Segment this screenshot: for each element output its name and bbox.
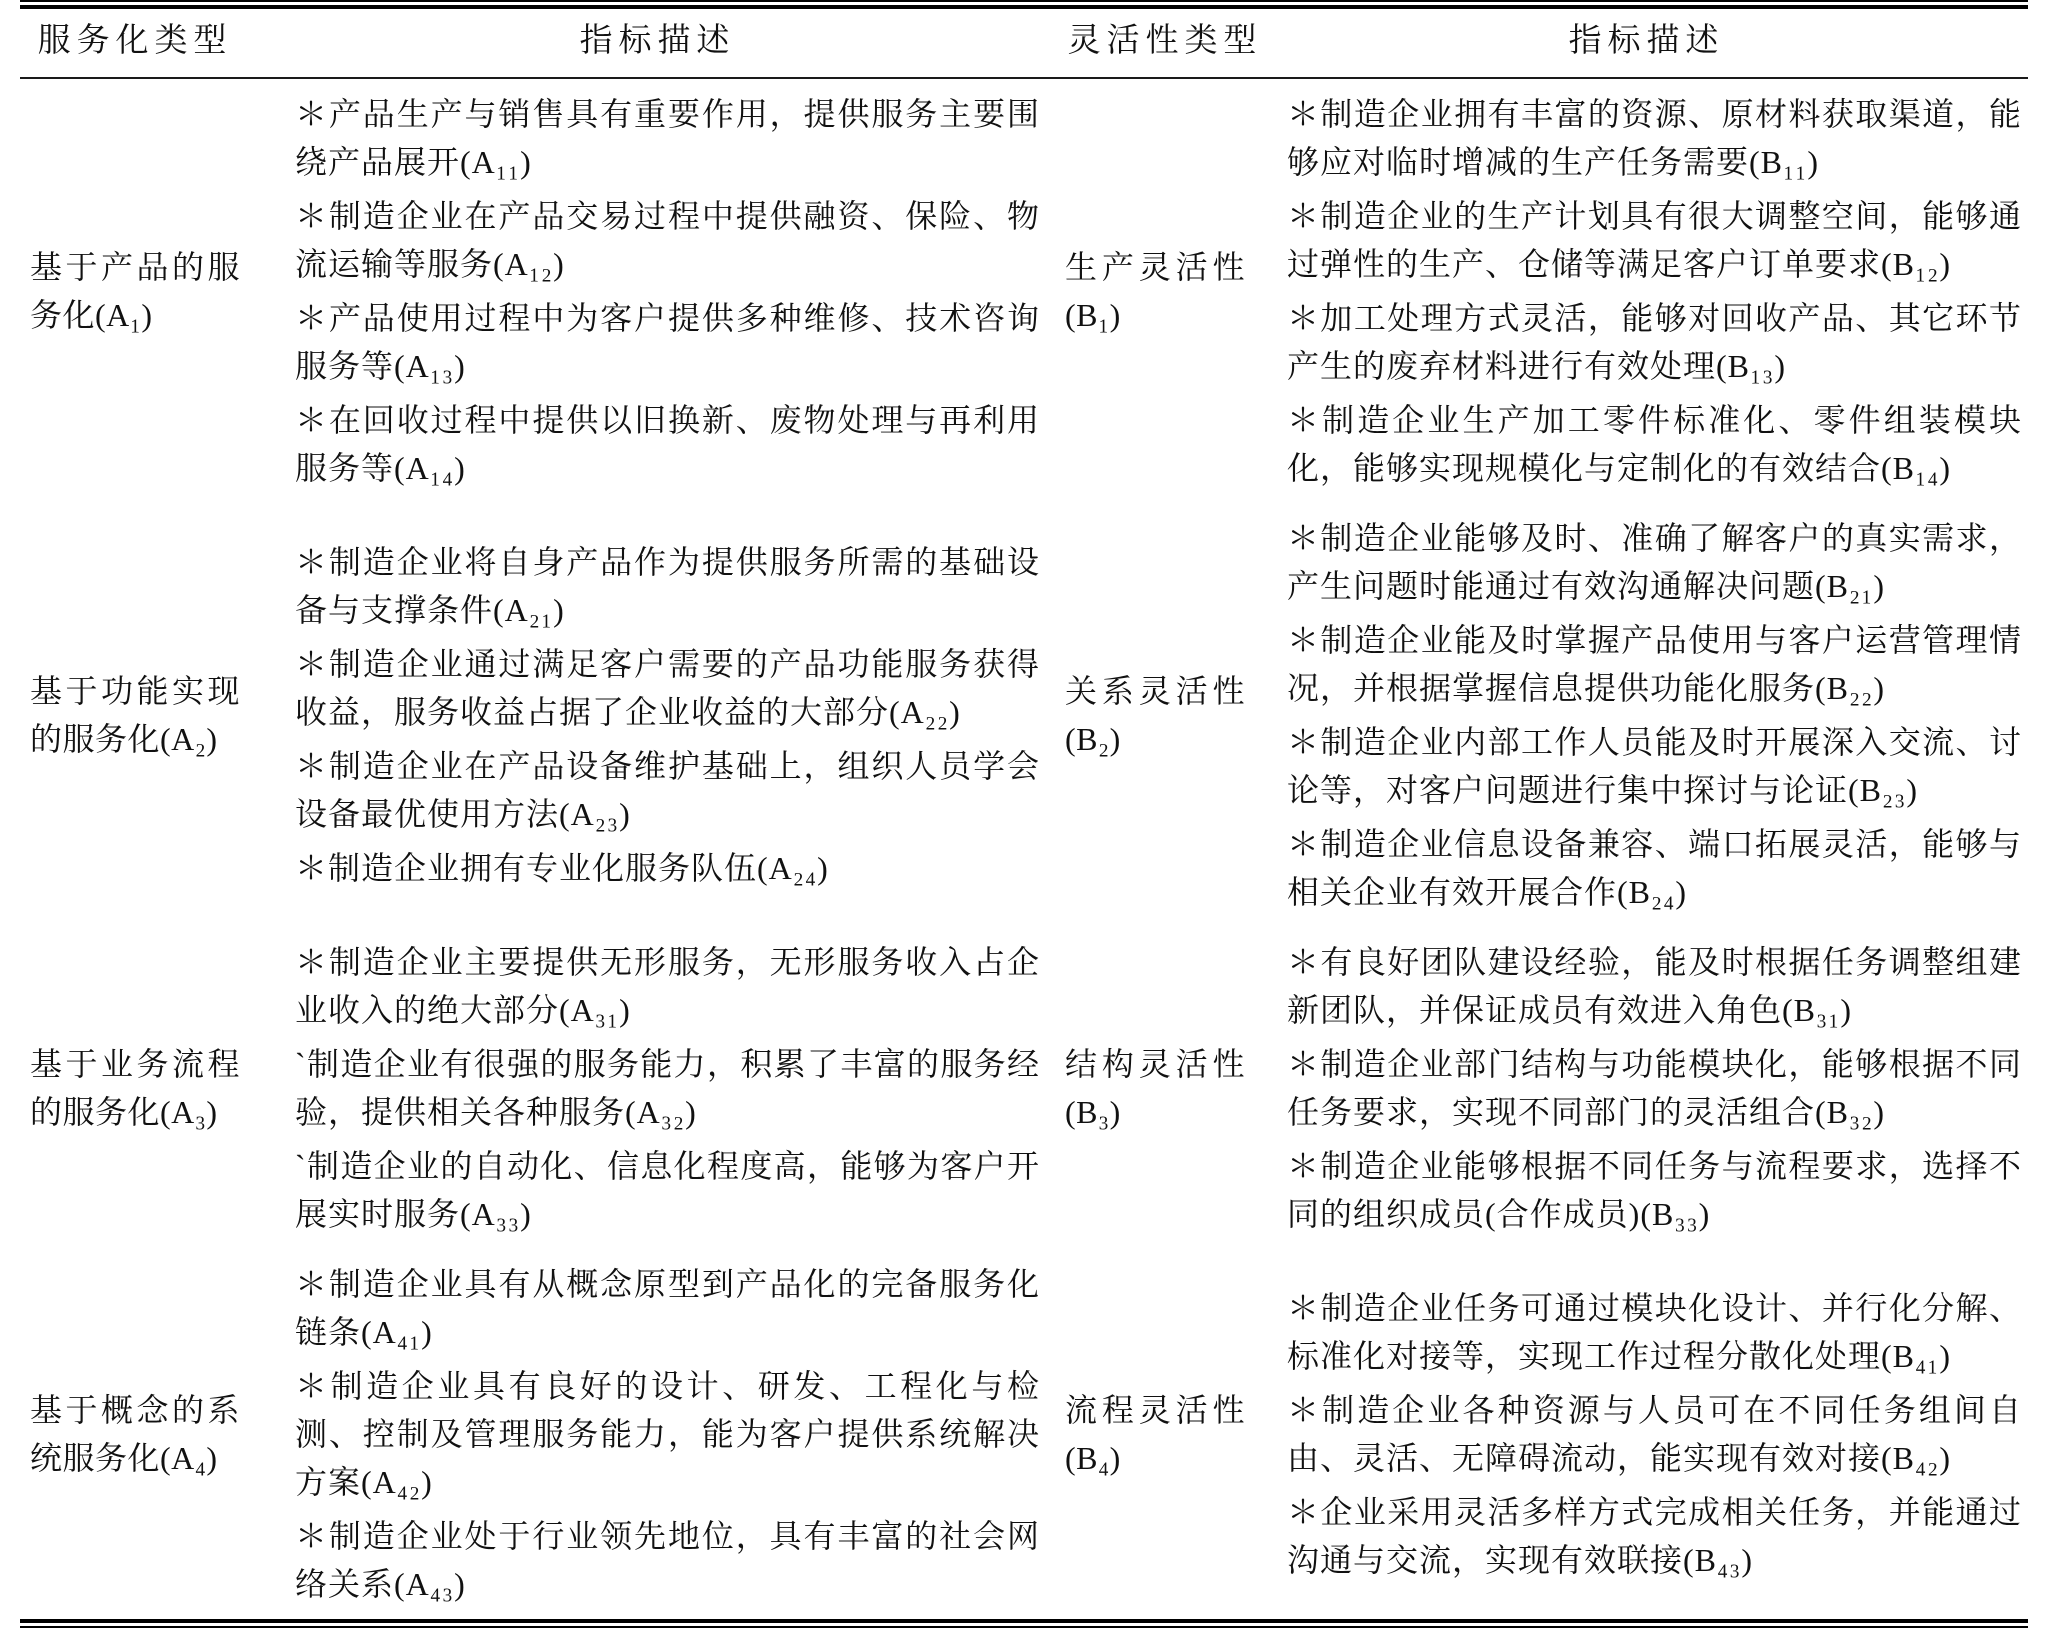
- indicator-item: ＊加工处理方式灵活，能够对回收产品、其它环节产生的废弃材料进行有效处理(B₁₃): [1287, 294, 2022, 390]
- flexibility-type-cell: 生产灵活性(B₁): [1065, 78, 1265, 503]
- flexibility-type-label: 生产灵活性(B₁): [1065, 249, 1245, 333]
- indicator-item: ＊制造企业主要提供无形服务，无形服务收入占企业收入的绝大部分(A₃₁): [295, 938, 1040, 1034]
- indicator-item: ＊制造企业拥有丰富的资源、原材料获取渠道，能够应对临时增减的生产任务需要(B₁₁…: [1287, 90, 2022, 186]
- flexibility-indicators-cell: ＊制造企业拥有丰富的资源、原材料获取渠道，能够应对临时增减的生产任务需要(B₁₁…: [1265, 78, 2028, 503]
- indicator-item: ＊企业采用灵活多样方式完成相关任务，并能通过沟通与交流，实现有效联接(B₄₃): [1287, 1488, 2022, 1584]
- flexibility-type-cell: 结构灵活性(B₃): [1065, 927, 1265, 1249]
- indicator-item: ＊制造企业具有良好的设计、研发、工程化与检测、控制及管理服务能力，能为客户提供系…: [295, 1362, 1040, 1506]
- indicator-item: ＊制造企业拥有专业化服务队伍(A₂₄): [295, 844, 1040, 892]
- indicator-item: ＊制造企业部门结构与功能模块化，能够根据不同任务要求，实现不同部门的灵活组合(B…: [1287, 1040, 2022, 1136]
- col-header-flexibility-type: 灵活性类型: [1065, 7, 1265, 78]
- indicator-item: ＊在回收过程中提供以旧换新、废物处理与再利用服务等(A₁₄): [295, 396, 1040, 492]
- service-type-cell: 基于功能实现的服务化(A₂): [20, 503, 250, 927]
- indicator-item: ＊制造企业通过满足客户需要的产品功能服务获得收益，服务收益占据了企业收益的大部分…: [295, 640, 1040, 736]
- indicator-item: ＊制造企业能够及时、准确了解客户的真实需求，产生问题时能通过有效沟通解决问题(B…: [1287, 514, 2022, 610]
- indicator-item: `制造企业有很强的服务能力，积累了丰富的服务经验，提供相关各种服务(A₃₂): [295, 1040, 1040, 1136]
- col-header-flexibility-indicators: 指标描述: [1265, 7, 2028, 78]
- service-type-cell: 基于概念的系统服务化(A₄): [20, 1249, 250, 1621]
- flexibility-type-cell: 关系灵活性(B₂): [1065, 503, 1265, 927]
- indicator-item: ＊制造企业具有从概念原型到产品化的完备服务化链条(A₄₁): [295, 1260, 1040, 1356]
- service-indicators-cell: ＊制造企业具有从概念原型到产品化的完备服务化链条(A₄₁)＊制造企业具有良好的设…: [250, 1249, 1065, 1621]
- group-row: 基于产品的服务化(A₁)＊产品生产与销售具有重要作用，提供服务主要围绕产品展开(…: [20, 78, 2028, 503]
- service-type-label: 基于功能实现的服务化(A₂): [30, 673, 240, 757]
- table-body: 基于产品的服务化(A₁)＊产品生产与销售具有重要作用，提供服务主要围绕产品展开(…: [20, 78, 2028, 1621]
- indicator-item: ＊制造企业将自身产品作为提供服务所需的基础设备与支撑条件(A₂₁): [295, 538, 1040, 634]
- flexibility-indicators-cell: ＊制造企业任务可通过模块化设计、并行化分解、标准化对接等，实现工作过程分散化处理…: [1265, 1249, 2028, 1621]
- col-header-service-type: 服务化类型: [20, 7, 250, 78]
- flexibility-indicators-cell: ＊制造企业能够及时、准确了解客户的真实需求，产生问题时能通过有效沟通解决问题(B…: [1265, 503, 2028, 927]
- paper-table-wrapper: 服务化类型 指标描述 灵活性类型 指标描述 基于产品的服务化(A₁)＊产品生产与…: [20, 0, 2028, 1628]
- indicator-item: ＊制造企业生产加工零件标准化、零件组装模块化，能够实现规模化与定制化的有效结合(…: [1287, 396, 2022, 492]
- flexibility-type-label: 结构灵活性(B₃): [1065, 1046, 1245, 1130]
- indicator-item: `制造企业的自动化、信息化程度高，能够为客户开展实时服务(A₃₃): [295, 1142, 1040, 1238]
- indicator-item: ＊制造企业处于行业领先地位，具有丰富的社会网络关系(A₄₃): [295, 1512, 1040, 1608]
- service-indicators-cell: ＊制造企业主要提供无形服务，无形服务收入占企业收入的绝大部分(A₃₁)`制造企业…: [250, 927, 1065, 1249]
- indicator-item: ＊制造企业内部工作人员能及时开展深入交流、讨论等，对客户问题进行集中探讨与论证(…: [1287, 718, 2022, 814]
- service-type-label: 基于概念的系统服务化(A₄): [30, 1392, 240, 1476]
- indicator-item: ＊产品使用过程中为客户提供多种维修、技术咨询服务等(A₁₃): [295, 294, 1040, 390]
- service-type-label: 基于产品的服务化(A₁): [30, 249, 240, 333]
- flexibility-type-label: 关系灵活性(B₂): [1065, 673, 1245, 757]
- group-row: 基于概念的系统服务化(A₄)＊制造企业具有从概念原型到产品化的完备服务化链条(A…: [20, 1249, 2028, 1621]
- service-type-label: 基于业务流程的服务化(A₃): [30, 1046, 240, 1130]
- flexibility-indicators-cell: ＊有良好团队建设经验，能及时根据任务调整组建新团队，并保证成员有效进入角色(B₃…: [1265, 927, 2028, 1249]
- indicator-item: ＊产品生产与销售具有重要作用，提供服务主要围绕产品展开(A₁₁): [295, 90, 1040, 186]
- group-row: 基于功能实现的服务化(A₂)＊制造企业将自身产品作为提供服务所需的基础设备与支撑…: [20, 503, 2028, 927]
- paper-table: 服务化类型 指标描述 灵活性类型 指标描述 基于产品的服务化(A₁)＊产品生产与…: [20, 5, 2028, 1623]
- indicator-item: ＊制造企业信息设备兼容、端口拓展灵活，能够与相关企业有效开展合作(B₂₄): [1287, 820, 2022, 916]
- indicator-item: ＊制造企业能够根据不同任务与流程要求，选择不同的组织成员(合作成员)(B₃₃): [1287, 1142, 2022, 1238]
- service-type-cell: 基于产品的服务化(A₁): [20, 78, 250, 503]
- indicator-item: ＊制造企业的生产计划具有很大调整空间，能够通过弹性的生产、仓储等满足客户订单要求…: [1287, 192, 2022, 288]
- indicator-item: ＊有良好团队建设经验，能及时根据任务调整组建新团队，并保证成员有效进入角色(B₃…: [1287, 938, 2022, 1034]
- service-type-cell: 基于业务流程的服务化(A₃): [20, 927, 250, 1249]
- flexibility-type-cell: 流程灵活性(B₄): [1065, 1249, 1265, 1621]
- service-indicators-cell: ＊产品生产与销售具有重要作用，提供服务主要围绕产品展开(A₁₁)＊制造企业在产品…: [250, 78, 1065, 503]
- indicator-item: ＊制造企业在产品交易过程中提供融资、保险、物流运输等服务(A₁₂): [295, 192, 1040, 288]
- group-row: 基于业务流程的服务化(A₃)＊制造企业主要提供无形服务，无形服务收入占企业收入的…: [20, 927, 2028, 1249]
- service-indicators-cell: ＊制造企业将自身产品作为提供服务所需的基础设备与支撑条件(A₂₁)＊制造企业通过…: [250, 503, 1065, 927]
- header-row: 服务化类型 指标描述 灵活性类型 指标描述: [20, 7, 2028, 78]
- indicator-item: ＊制造企业在产品设备维护基础上，组织人员学会设备最优使用方法(A₂₃): [295, 742, 1040, 838]
- indicator-item: ＊制造企业能及时掌握产品使用与客户运营管理情况，并根据掌握信息提供功能化服务(B…: [1287, 616, 2022, 712]
- indicator-item: ＊制造企业各种资源与人员可在不同任务组间自由、灵活、无障碍流动，能实现有效对接(…: [1287, 1386, 2022, 1482]
- flexibility-type-label: 流程灵活性(B₄): [1065, 1392, 1245, 1476]
- col-header-service-indicators: 指标描述: [250, 7, 1065, 78]
- indicator-item: ＊制造企业任务可通过模块化设计、并行化分解、标准化对接等，实现工作过程分散化处理…: [1287, 1284, 2022, 1380]
